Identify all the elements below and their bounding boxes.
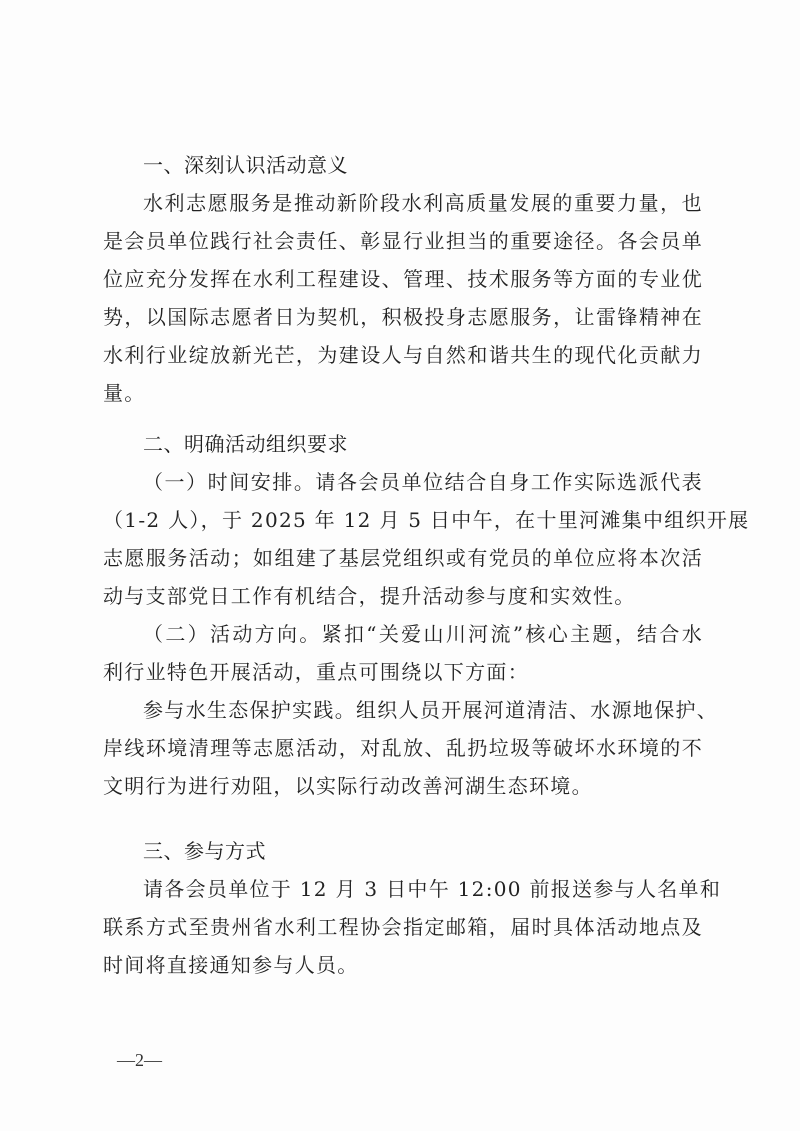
document-page: 一、深刻认识活动意义 水利志愿服务是推动新阶段水利高质量发展的重要力量，也 是会…: [0, 0, 800, 1131]
paragraph-line: 动与支部党日工作有机结合，提升活动参与度和实效性。: [103, 581, 703, 611]
paragraph-line: 是会员单位践行社会责任、彰显行业担当的重要途径。各会员单: [103, 226, 703, 256]
paragraph-line: 请各会员单位于 12 月 3 日中午 12:00 前报送参与人名单和: [143, 874, 703, 904]
paragraph-line: 志愿服务活动；如组建了基层党组织或有党员的单位应将本次活: [103, 543, 703, 573]
paragraph-line: （1-2 人），于 2025 年 12 月 5 日中午，在十里河滩集中组织开展: [103, 505, 703, 535]
paragraph-line: 联系方式至贵州省水利工程协会指定邮箱，届时具体活动地点及: [103, 912, 703, 942]
paragraph-line: 利行业特色开展活动，重点可围绕以下方面：: [103, 657, 703, 687]
paragraph-line: （一）时间安排。请各会员单位结合自身工作实际选派代表: [143, 467, 703, 497]
page-number: —2—: [117, 1048, 162, 1072]
section-heading-3: 三、参与方式: [143, 836, 266, 866]
section-heading-2: 二、明确活动组织要求: [143, 429, 348, 459]
paragraph-line: 参与水生态保护实践。组织人员开展河道清洁、水源地保护、: [143, 695, 703, 725]
paragraph-line: 水利行业绽放新光芒，为建设人与自然和谐共生的现代化贡献力: [103, 340, 703, 370]
paragraph-line: 势，以国际志愿者日为契机，积极投身志愿服务，让雷锋精神在: [103, 302, 703, 332]
paragraph-line: 时间将直接通知参与人员。: [103, 950, 703, 980]
paragraph-line: 岸线环境清理等志愿活动，对乱放、乱扔垃圾等破坏水环境的不: [103, 733, 703, 763]
paragraph-line: 位应充分发挥在水利工程建设、管理、技术服务等方面的专业优: [103, 264, 703, 294]
paragraph-line: （二）活动方向。紧扣“关爱山川河流”核心主题，结合水: [143, 619, 703, 649]
paragraph-line: 量。: [103, 378, 703, 408]
paragraph-line: 水利志愿服务是推动新阶段水利高质量发展的重要力量，也: [143, 188, 703, 218]
paragraph-line: 文明行为进行劝阻，以实际行动改善河湖生态环境。: [103, 771, 703, 801]
section-heading-1: 一、深刻认识活动意义: [143, 150, 348, 180]
